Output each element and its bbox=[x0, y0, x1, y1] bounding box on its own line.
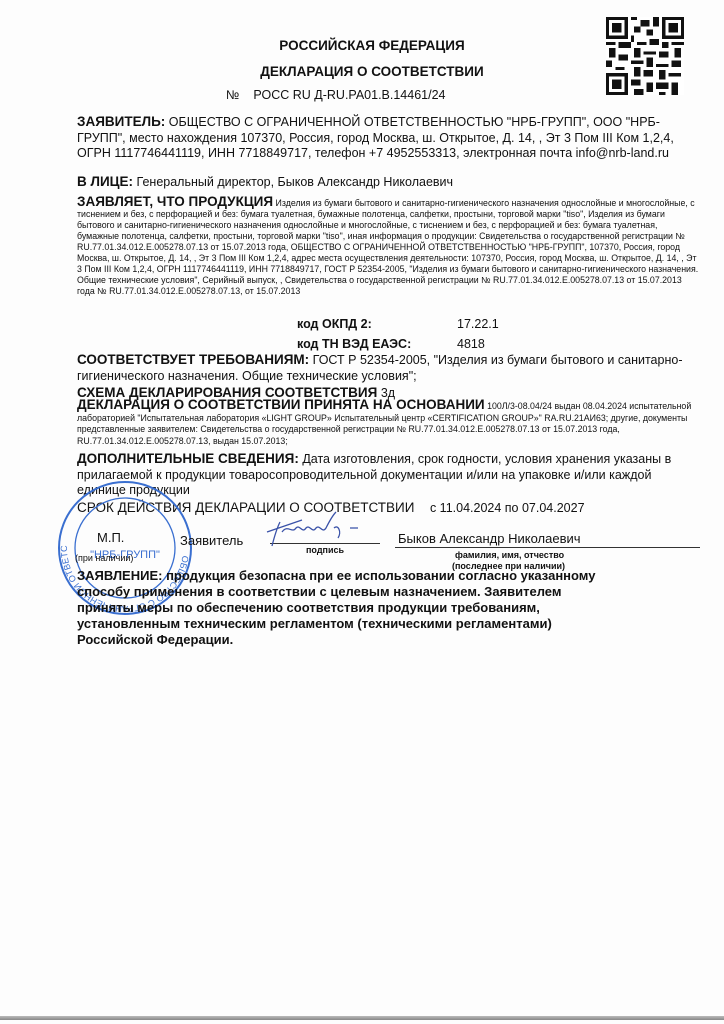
signer-name: Быков Александр Николаевич bbox=[398, 531, 581, 546]
requirements-section: СООТВЕТСТВУЕТ ТРЕБОВАНИЯМ: ГОСТ Р 52354-… bbox=[77, 352, 699, 384]
tnved-code: код ТН ВЭД ЕАЭС:4818 bbox=[297, 337, 485, 351]
tnved-value: 4818 bbox=[457, 337, 485, 351]
number-sign: № bbox=[226, 88, 239, 102]
okpd-value: 17.22.1 bbox=[457, 317, 499, 331]
product-section: ЗАЯВЛЯЕТ, ЧТО ПРОДУКЦИЯ Изделия из бумаг… bbox=[77, 196, 699, 297]
basis-label: ДЕКЛАРАЦИЯ О СООТВЕТСТВИИ ПРИНЯТА НА ОСН… bbox=[77, 397, 485, 412]
declaration-number: №РОСС RU Д-RU.PA01.B.14461/24 bbox=[226, 88, 446, 102]
applicant-signature-label: Заявитель bbox=[180, 533, 243, 548]
safety-statement: ЗАЯВЛЕНИЕ: продукция безопасна при ее ис… bbox=[77, 568, 597, 648]
basis-section: ДЕКЛАРАЦИЯ О СООТВЕТСТВИИ ПРИНЯТА НА ОСН… bbox=[77, 399, 699, 447]
qr-code-icon bbox=[606, 16, 684, 96]
stamp-place-note: (при наличии) bbox=[75, 553, 133, 563]
handwritten-signature-icon bbox=[262, 510, 372, 550]
okpd-label: код ОКПД 2: bbox=[297, 317, 457, 331]
declaration-page: РОССИЙСКАЯ ФЕДЕРАЦИЯ ДЕКЛАРАЦИЯ О СООТВЕ… bbox=[0, 0, 724, 1024]
requirements-label: СООТВЕТСТВУЕТ ТРЕБОВАНИЯМ: bbox=[77, 352, 309, 367]
applicant-section: ЗАЯВИТЕЛЬ: ОБЩЕСТВО С ОГРАНИЧЕННОЙ ОТВЕТ… bbox=[77, 114, 699, 162]
represented-by-label: В ЛИЦЕ: bbox=[77, 174, 133, 189]
additional-info-label: ДОПОЛНИТЕЛЬНЫЕ СВЕДЕНИЯ: bbox=[77, 451, 299, 466]
product-text: Изделия из бумаги бытового и санитарно-г… bbox=[77, 198, 698, 296]
okpd-code: код ОКПД 2:17.22.1 bbox=[297, 317, 499, 331]
represented-by-section: В ЛИЦЕ: Генеральный директор, Быков Алек… bbox=[77, 174, 699, 191]
page-bottom-edge bbox=[0, 1016, 724, 1020]
applicant-text: ОБЩЕСТВО С ОГРАНИЧЕННОЙ ОТВЕТСТВЕННОСТЬЮ… bbox=[77, 115, 674, 160]
validity-dates: с 11.04.2024 по 07.04.2027 bbox=[430, 501, 585, 515]
stamp-place-label: М.П. bbox=[97, 530, 124, 545]
name-line bbox=[395, 547, 700, 548]
product-label: ЗАЯВЛЯЕТ, ЧТО ПРОДУКЦИЯ bbox=[77, 194, 273, 209]
declaration-number-value: РОСС RU Д-RU.PA01.B.14461/24 bbox=[253, 88, 445, 102]
applicant-label: ЗАЯВИТЕЛЬ: bbox=[77, 114, 165, 129]
tnved-label: код ТН ВЭД ЕАЭС: bbox=[297, 337, 457, 351]
name-caption-1: фамилия, имя, отчество bbox=[455, 550, 564, 560]
represented-by-text: Генеральный директор, Быков Александр Ни… bbox=[137, 175, 454, 189]
